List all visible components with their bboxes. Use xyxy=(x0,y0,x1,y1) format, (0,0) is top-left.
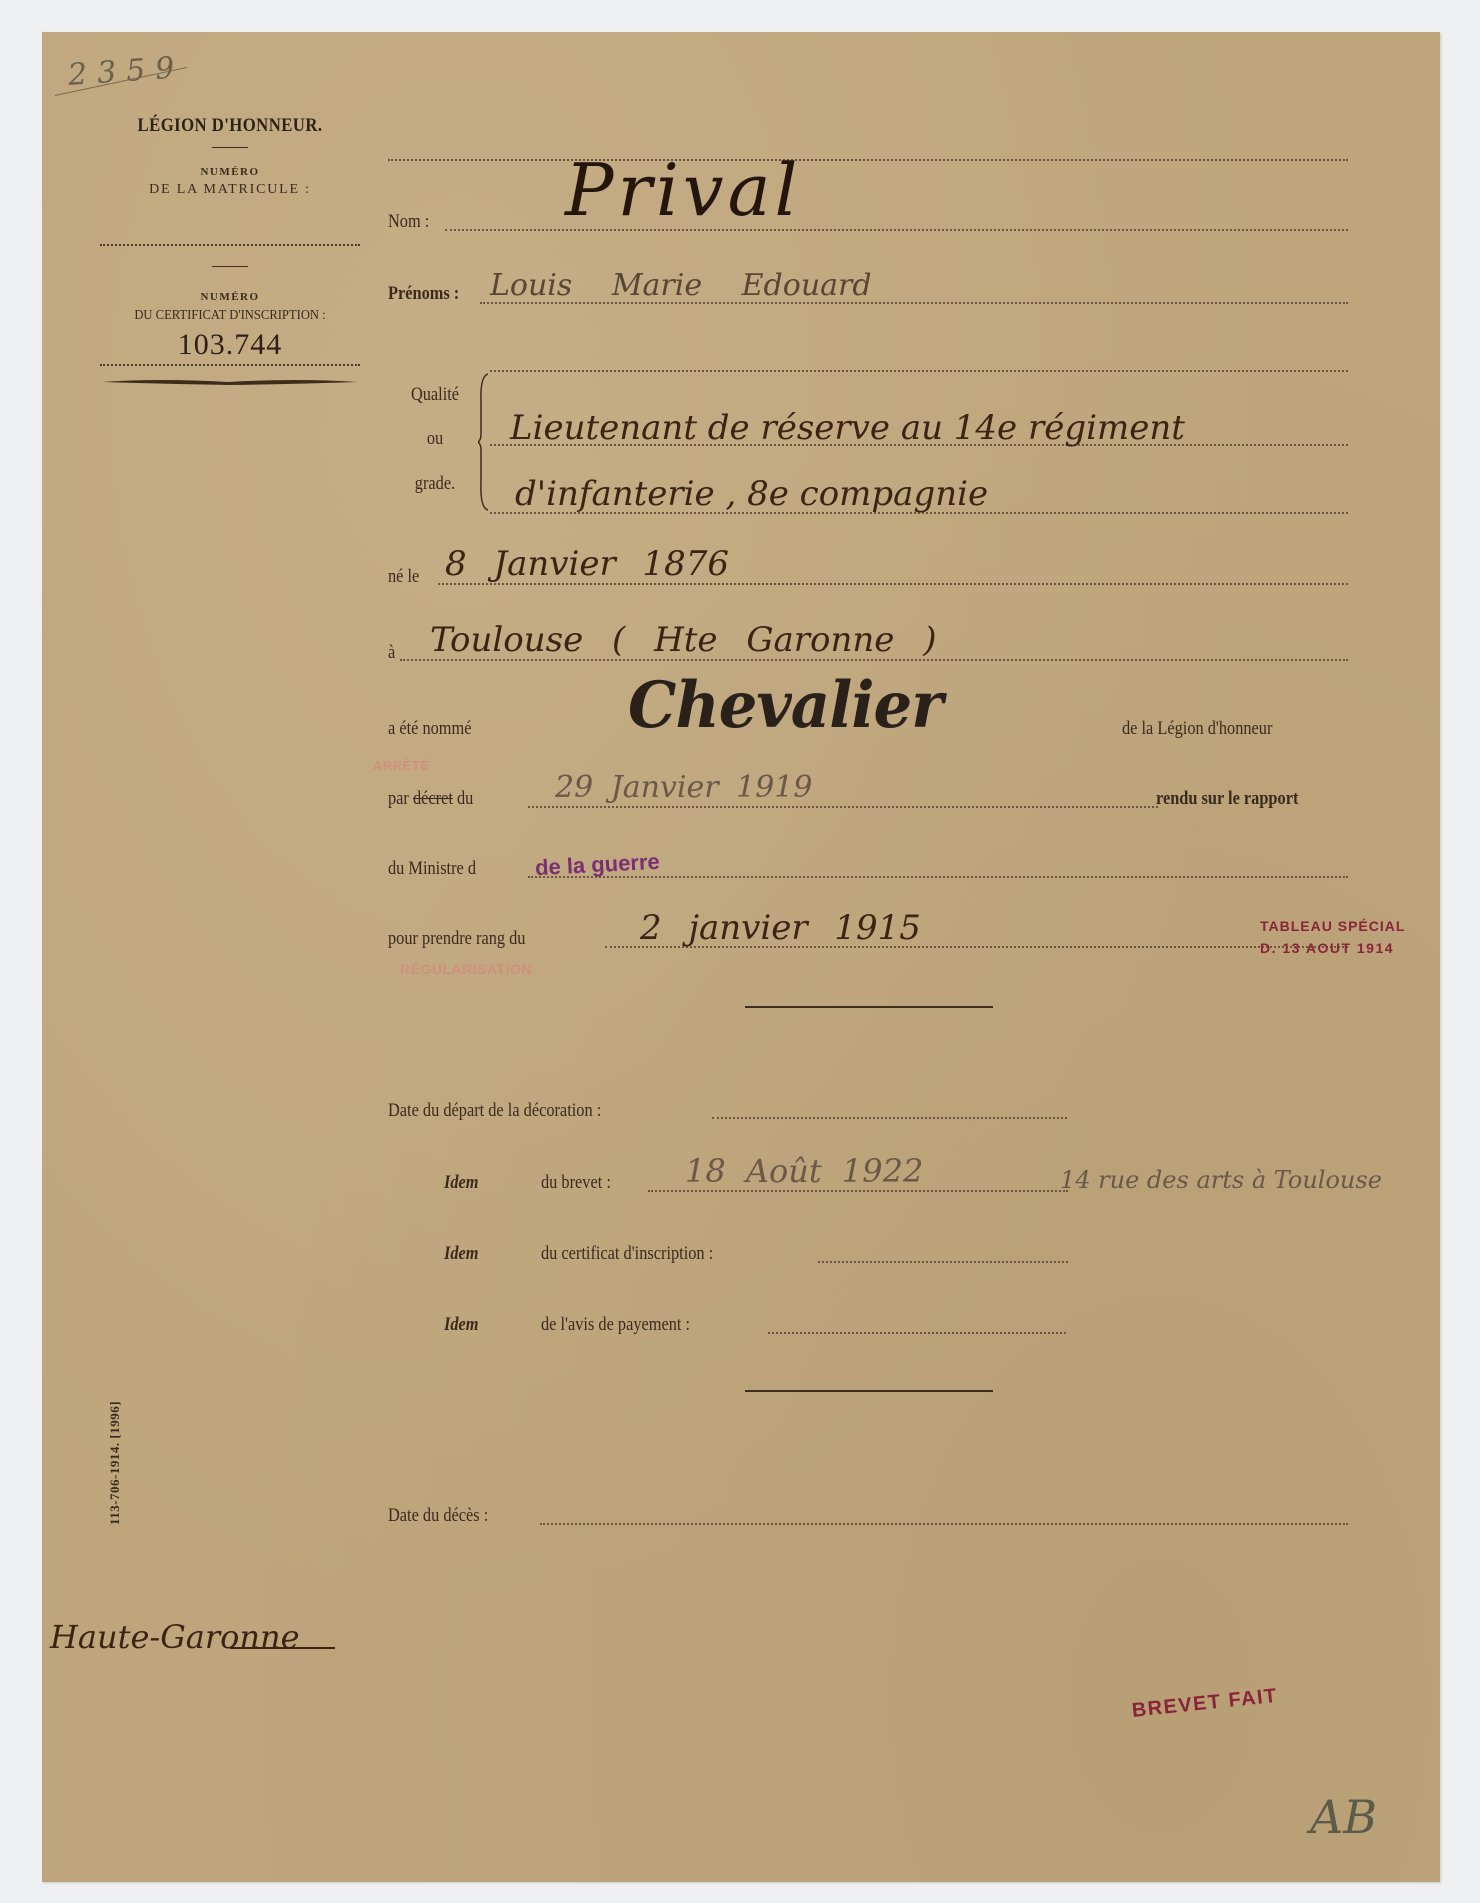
a-label: à xyxy=(388,642,395,664)
deces-label: Date du décès : xyxy=(388,1505,488,1527)
legion-label: de la Légion d'honneur xyxy=(1122,718,1272,740)
rapport-label: rendu sur le rapport xyxy=(1156,788,1298,810)
ne-le-label: né le xyxy=(388,566,419,588)
section-separator-1 xyxy=(745,1006,993,1008)
tableau-special-line-1: TABLEAU SPÉCIAL xyxy=(1260,915,1405,937)
nom-label: Nom : xyxy=(388,211,429,233)
brevet-label: du brevet : xyxy=(541,1172,611,1194)
tableau-special-stamp: TABLEAU SPÉCIAL D. 13 AOUT 1914 xyxy=(1260,915,1405,959)
depart-label: Date du départ de la décoration : xyxy=(388,1100,601,1122)
certificat-label-1: NUMÉRO xyxy=(100,291,360,303)
certificat-inscription-field[interactable] xyxy=(818,1261,1068,1263)
qualite-label-3: grade. xyxy=(401,473,470,495)
idem-payement: Idem xyxy=(444,1314,478,1336)
department-handwritten: Haute-Garonne xyxy=(50,1618,300,1656)
printer-reference: 113-706-1914. [1996] xyxy=(107,1363,123,1563)
rang-label: pour prendre rang du xyxy=(388,928,525,950)
certificat-value: 103.744 xyxy=(100,328,360,362)
decret-field[interactable]: 29 Janvier 1919 xyxy=(555,770,812,805)
title-divider xyxy=(212,147,248,148)
grade-chevalier: Chevalier xyxy=(628,668,942,743)
document-title: LÉGION D'HONNEUR. xyxy=(116,115,345,137)
rang-field[interactable]: 2 janvier 1915 xyxy=(640,908,921,948)
prenoms-label: Prénoms : xyxy=(388,283,459,305)
department-underline xyxy=(230,1647,335,1649)
left-column: LÉGION D'HONNEUR. NUMÉRO DE LA MATRICULE… xyxy=(100,115,360,384)
brevet-address-note: 14 rue des arts à Toulouse xyxy=(1060,1166,1382,1194)
nom-field[interactable]: Prival xyxy=(565,148,802,232)
avis-payement-label: de l'avis de payement : xyxy=(541,1314,690,1336)
certificat-label-2: DU CERTIFICAT D'INSCRIPTION : xyxy=(113,308,347,324)
qualite-label-2: ou xyxy=(401,428,470,450)
ministre-field-line xyxy=(528,876,1348,878)
matricule-label-1: NUMÉRO xyxy=(100,166,360,178)
certificat-field-line xyxy=(100,364,360,366)
tableau-special-line-2: D. 13 AOUT 1914 xyxy=(1260,937,1405,959)
qualite-label-1: Qualité xyxy=(401,384,470,406)
idem-certificat: Idem xyxy=(444,1243,478,1265)
section-separator-2 xyxy=(745,1390,993,1392)
deces-field[interactable] xyxy=(540,1523,1348,1525)
certificat-ornament xyxy=(100,378,360,384)
decret-field-line xyxy=(528,806,1158,808)
qualite-top-line xyxy=(490,370,1348,372)
decret-label-post: du xyxy=(453,788,473,809)
decret-label-pre: par xyxy=(388,788,413,809)
qualite-line-1-field[interactable]: Lieutenant de réserve au 14e régiment xyxy=(510,408,1185,448)
brevet-field-line xyxy=(648,1190,1068,1192)
certificat-inscription-label: du certificat d'inscription : xyxy=(541,1243,713,1265)
initials-pencil: AB xyxy=(1310,1790,1377,1844)
matricule-field[interactable] xyxy=(100,224,360,246)
arrete-stamp: ARRÊTÉ xyxy=(373,758,429,773)
ne-le-field[interactable]: 8 Janvier 1876 xyxy=(445,544,729,584)
a-field[interactable]: Toulouse ( Hte Garonne ) xyxy=(430,620,936,660)
prenoms-field[interactable]: Louis Marie Edouard xyxy=(490,268,872,303)
matricule-label-2: DE LA MATRICULE : xyxy=(100,182,360,198)
qualite-line-2-field[interactable]: d'infanterie , 8e compagnie xyxy=(515,474,988,514)
brevet-field[interactable]: 18 Août 1922 xyxy=(685,1152,923,1190)
regularisation-stamp: RÉGULARISATION xyxy=(400,961,532,977)
ministre-label: du Ministre d xyxy=(388,858,476,880)
matricule-divider xyxy=(212,266,248,267)
avis-payement-field[interactable] xyxy=(768,1332,1066,1334)
idem-brevet: Idem xyxy=(444,1172,478,1194)
decret-label: par décret du xyxy=(388,788,473,810)
nomme-label: a été nommé xyxy=(388,718,471,740)
decret-label-struck: décret xyxy=(413,788,453,809)
depart-field-line[interactable] xyxy=(712,1117,1067,1119)
